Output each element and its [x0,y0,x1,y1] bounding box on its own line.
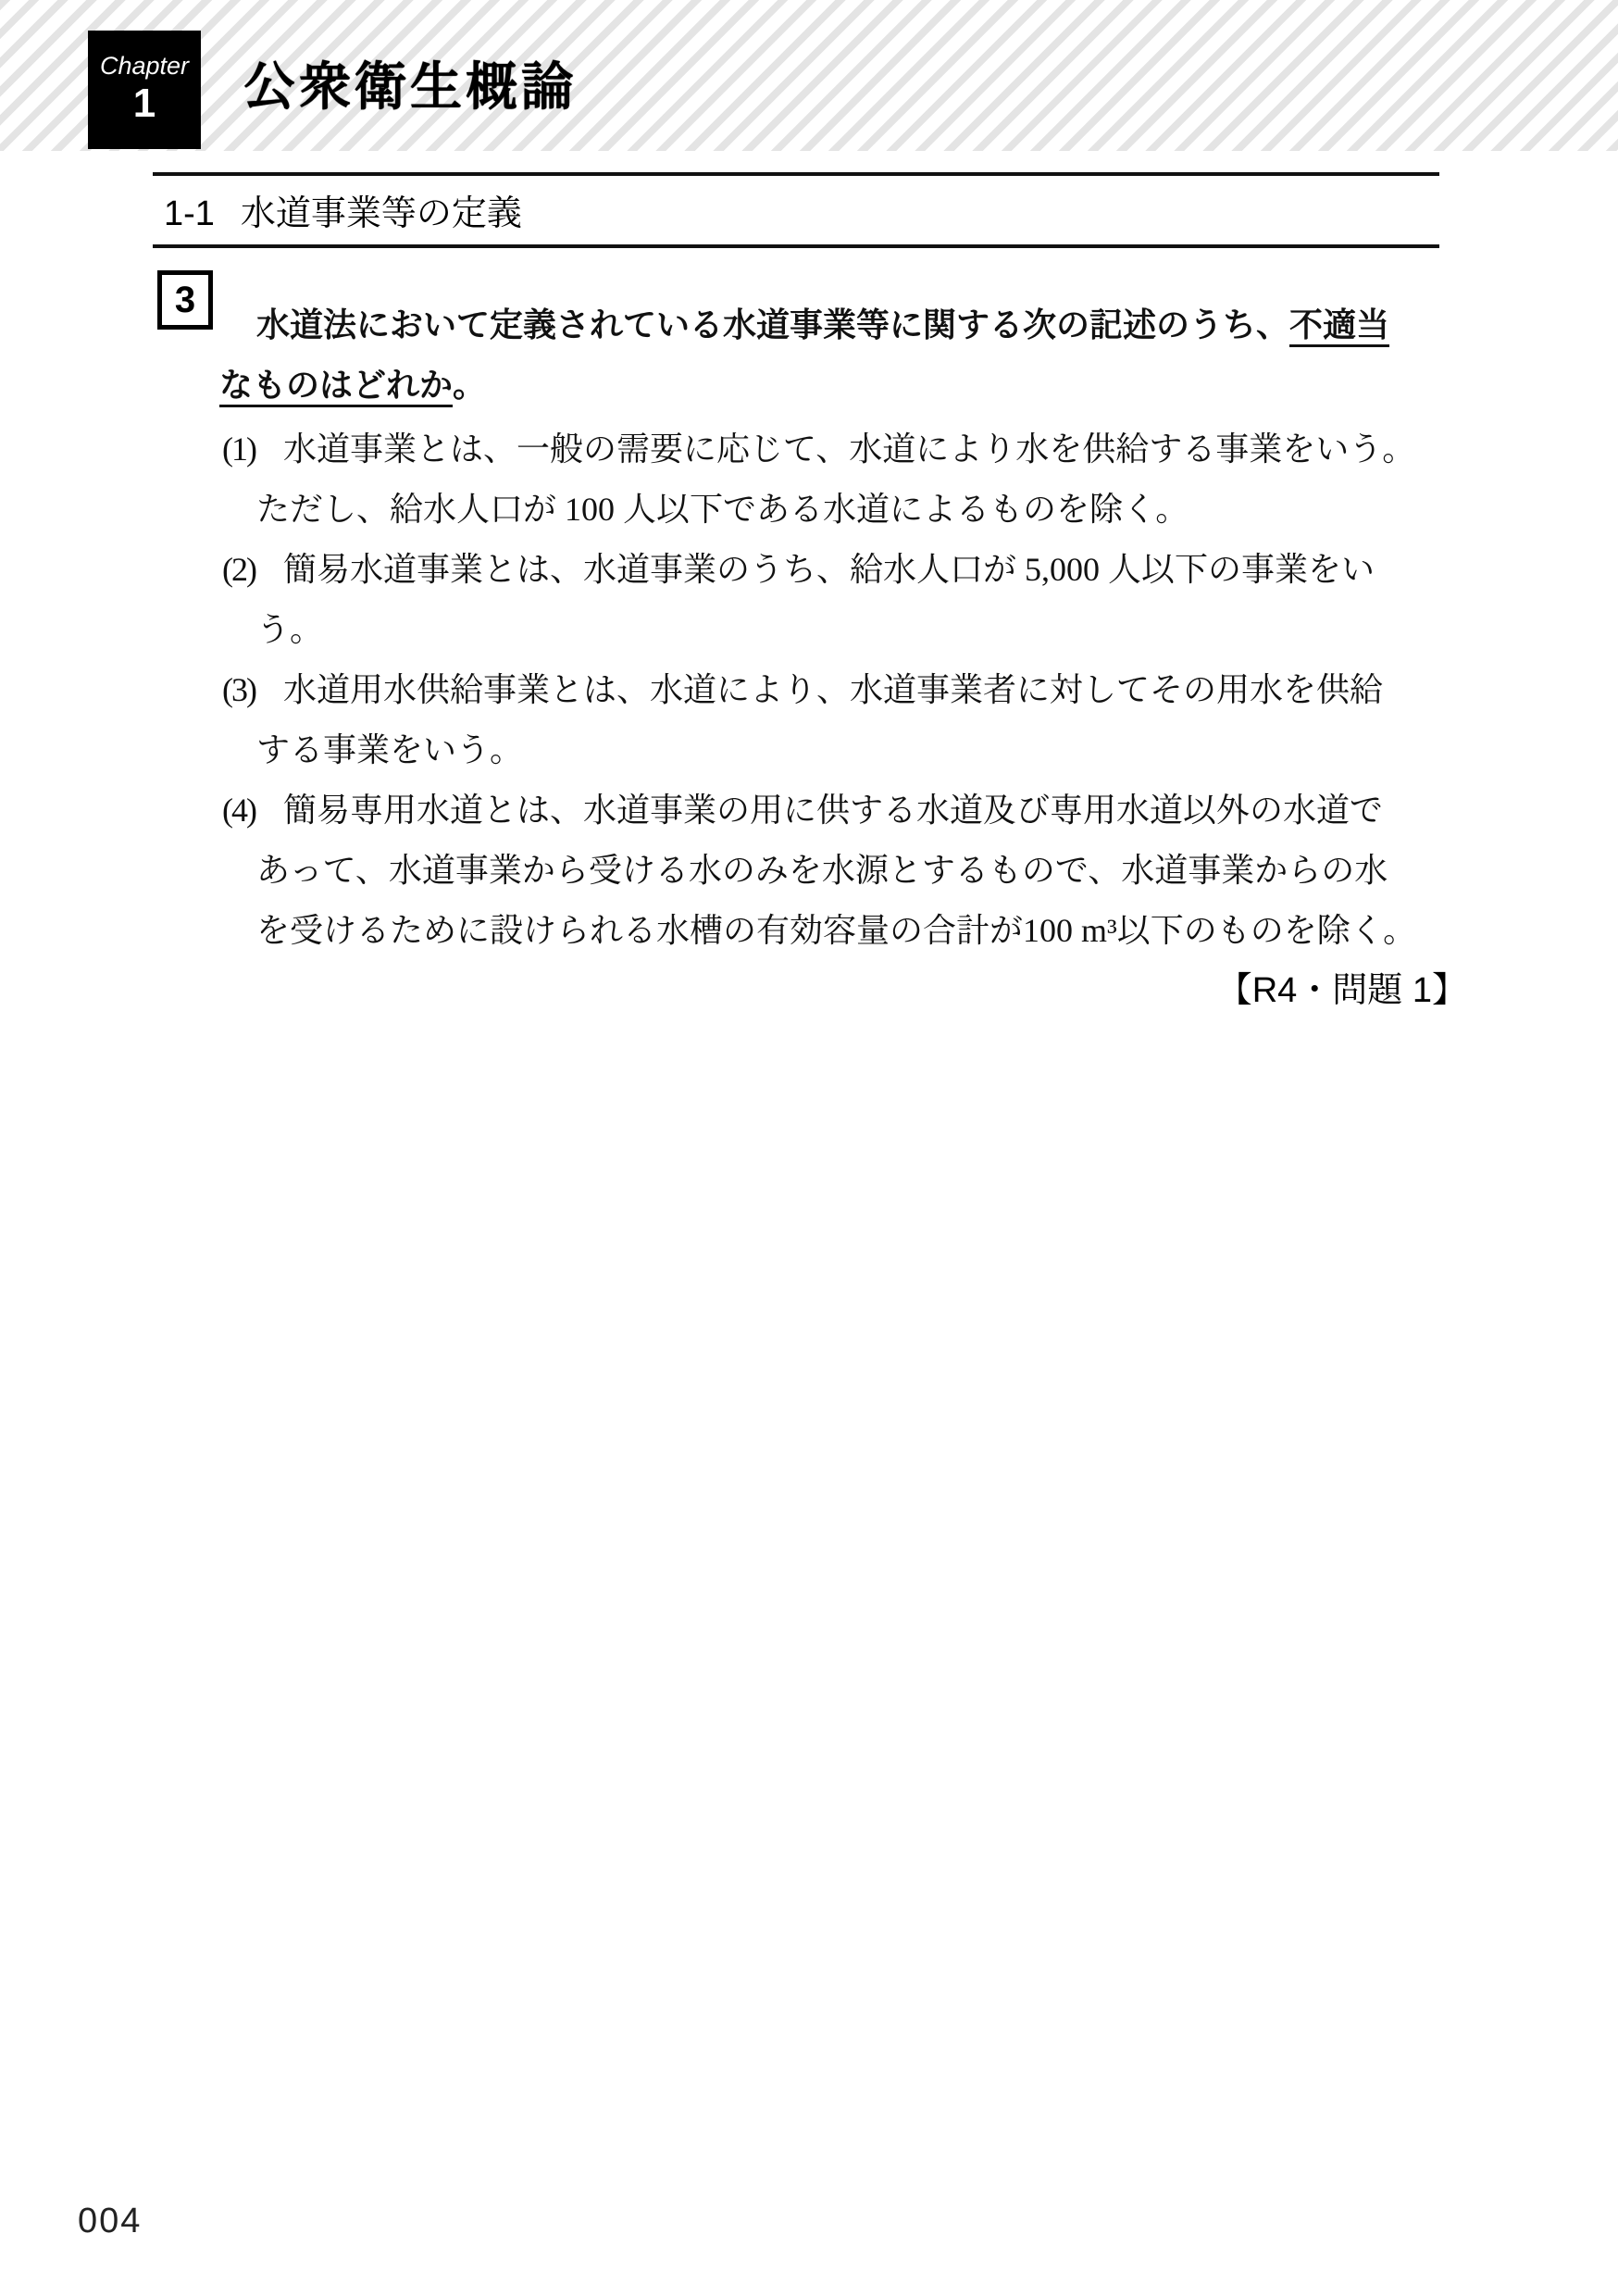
question-stem-period: 。 [453,367,486,404]
option-1: (1)水道事業とは、一般の需要に応じて、水道により水を供給する事業をいう。 ただ… [219,419,1470,540]
option-4-marker: (4) [222,792,255,829]
option-4-text: 簡易専用水道とは、水道事業の用に供する水道及び専用水道以外の水道で あって、水道… [256,792,1416,949]
option-4: (4)簡易専用水道とは、水道事業の用に供する水道及び専用水道以外の水道で あって… [219,780,1470,961]
option-1-text: 水道事業とは、一般の需要に応じて、水道により水を供給する事業をいう。 ただし、給… [256,430,1415,528]
option-3-marker: (3) [222,671,255,708]
section-header: 1-1水道事業等の定義 [153,172,1439,248]
page-number: 004 [78,2202,142,2241]
option-2-marker: (2) [222,551,255,588]
question-number-box: 3 [157,270,213,330]
textbook-page: Chapter 1 公衆衛生概論 1-1水道事業等の定義 3 水道法において定義… [0,0,1618,2296]
chapter-number: 1 [133,81,156,128]
chapter-number-box: Chapter 1 [88,31,201,149]
chapter-banner: Chapter 1 公衆衛生概論 [0,0,1618,151]
options-list: (1)水道事業とは、一般の需要に応じて、水道により水を供給する事業をいう。 ただ… [0,419,1618,1021]
question-number: 3 [175,280,195,321]
section-title: 水道事業等の定義 [241,194,522,233]
chapter-label: Chapter [100,53,189,81]
section-number: 1-1 [164,194,215,233]
question-stem-plain: 水道法において定義されている水道事業等に関する次の記述のうち、 [256,306,1289,343]
chapter-title: 公衆衛生概論 [243,46,577,120]
source-reference: 【R4・問題 1】 [219,961,1467,1021]
option-3: (3)水道用水供給事業とは、水道により、水道事業者に対してその用水を供給 する事… [219,660,1470,780]
option-1-marker: (1) [222,430,255,468]
question-stem: 水道法において定義されている水道事業等に関する次の記述のうち、不適当 なものはど… [219,295,1478,416]
option-2-text: 簡易水道事業とは、水道事業のうち、給水人口が 5,000 人以下の事業をい う。 [256,551,1375,648]
option-3-text: 水道用水供給事業とは、水道により、水道事業者に対してその用水を供給 する事業をい… [256,671,1383,768]
option-2: (2)簡易水道事業とは、水道事業のうち、給水人口が 5,000 人以下の事業をい… [219,540,1470,660]
